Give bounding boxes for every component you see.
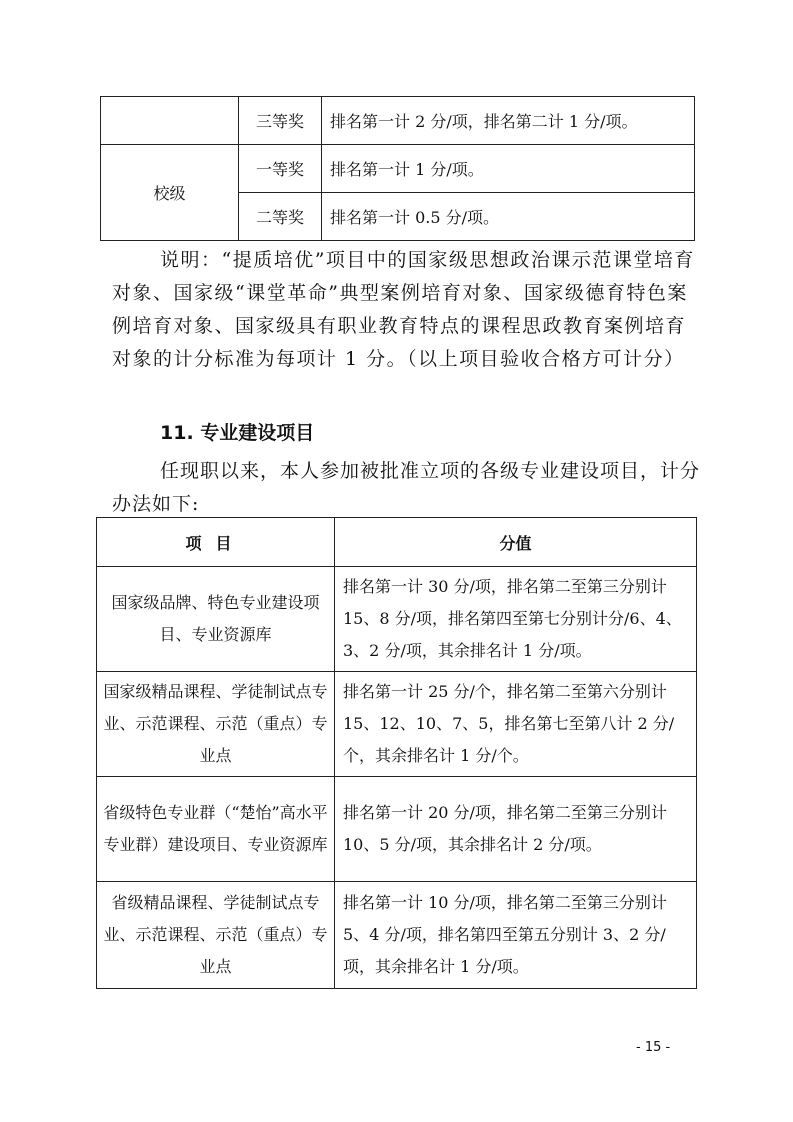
score-cell: 排名第一计 25 分/个，排名第二至第六分别计 15、12、10、7、5，排名第… [335,672,697,777]
professional-construction-table: 项目 分值 国家级品牌、特色专业建设项目、专业资源库 排名第一计 30 分/项，… [96,517,697,989]
award-score-table-continued: 三等奖 排名第一计 2 分/项，排名第二计 1 分/项。 校级 一等奖 排名第一… [100,96,695,241]
award-cell: 二等奖 [239,193,322,241]
note-paragraph: 说明：“提质培优”项目中的国家级思想政治课示范课堂培育对象、国家级“课堂革命”典… [112,244,702,376]
score-cell: 排名第一计 1 分/项。 [322,145,695,193]
item-cell: 国家级精品课程、学徒制试点专业、示范课程、示范（重点）专业点 [97,672,335,777]
item-cell: 省级特色专业群（“楚怡”高水平专业群）建设项目、专业资源库 [97,777,335,882]
item-cell: 省级精品课程、学徒制试点专业、示范课程、示范（重点）专业点 [97,882,335,989]
header-score: 分值 [335,518,697,567]
table-row: 国家级精品课程、学徒制试点专业、示范课程、示范（重点）专业点 排名第一计 25 … [97,672,697,777]
score-cell: 排名第一计 30 分/项，排名第二至第三分别计 15、8 分/项，排名第四至第七… [335,567,697,672]
table-row: 三等奖 排名第一计 2 分/项，排名第二计 1 分/项。 [101,97,695,145]
award-cell: 三等奖 [239,97,322,145]
score-cell: 排名第一计 20 分/项，排名第二至第三分别计 10、5 分/项，其余排名计 2… [335,777,697,882]
table-row: 省级精品课程、学徒制试点专业、示范课程、示范（重点）专业点 排名第一计 10 分… [97,882,697,989]
table-row: 校级 一等奖 排名第一计 1 分/项。 [101,145,695,193]
page-number: - 15 - [636,1040,670,1055]
score-cell: 排名第一计 2 分/项，排名第二计 1 分/项。 [322,97,695,145]
level-cell [101,97,239,145]
table-row: 国家级品牌、特色专业建设项目、专业资源库 排名第一计 30 分/项，排名第二至第… [97,567,697,672]
section-intro: 任现职以来，本人参加被批准立项的各级专业建设项目，计分办法如下: [112,455,702,521]
score-cell: 排名第一计 0.5 分/项。 [322,193,695,241]
document-page: 三等奖 排名第一计 2 分/项，排名第二计 1 分/项。 校级 一等奖 排名第一… [0,0,793,1122]
level-cell: 校级 [101,145,239,241]
item-cell: 国家级品牌、特色专业建设项目、专业资源库 [97,567,335,672]
header-item: 项目 [97,518,335,567]
award-cell: 一等奖 [239,145,322,193]
score-cell: 排名第一计 10 分/项，排名第二至第三分别计 5、4 分/项，排名第四至第五分… [335,882,697,989]
table-row: 省级特色专业群（“楚怡”高水平专业群）建设项目、专业资源库 排名第一计 20 分… [97,777,697,882]
table-header-row: 项目 分值 [97,518,697,567]
section-heading: 11. 专业建设项目 [160,418,314,445]
